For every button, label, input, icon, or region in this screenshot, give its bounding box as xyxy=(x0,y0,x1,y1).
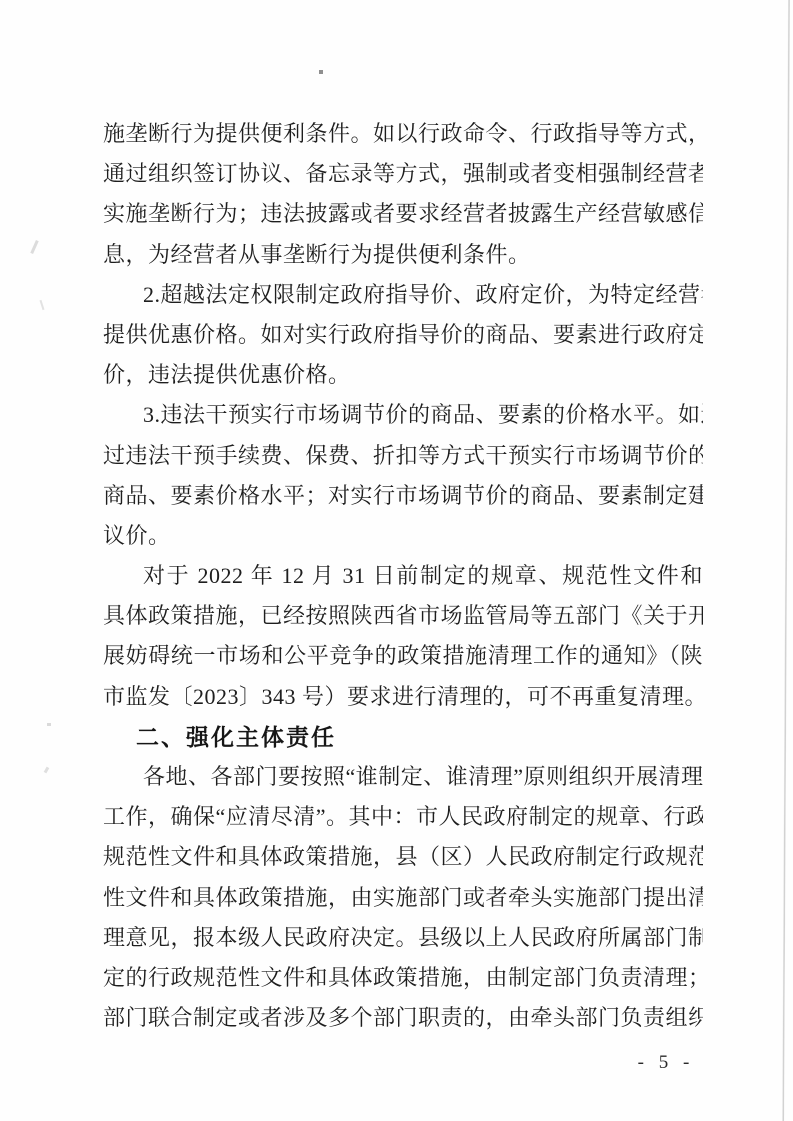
scan-speck xyxy=(44,767,50,774)
text-line: 各地、各部门要按照“谁制定、谁清理”原则组织开展清理 xyxy=(103,757,703,797)
section-heading: 二、强化主体责任 xyxy=(103,717,703,757)
scan-edge-artifact-line xyxy=(782,0,790,1121)
text-line: 过违法干预手续费、保费、折扣等方式干预实行市场调节价的 xyxy=(103,436,703,476)
scan-speck xyxy=(40,300,45,310)
scan-speck xyxy=(47,723,51,726)
text-line: 提供优惠价格。如对实行政府指导价的商品、要素进行政府定 xyxy=(103,315,703,355)
scan-speck xyxy=(319,70,323,74)
text-line: 性文件和具体政策措施，由实施部门或者牵头实施部门提出清 xyxy=(103,878,703,918)
text-line: 价，违法提供优惠价格。 xyxy=(103,355,703,395)
text-line: 规范性文件和具体政策措施，县（区）人民政府制定行政规范 xyxy=(103,837,703,877)
text-line: 对于 2022 年 12 月 31 日前制定的规章、规范性文件和 xyxy=(103,556,703,596)
text-line: 3.违法干预实行市场调节价的商品、要素的价格水平。如通 xyxy=(103,395,703,435)
text-line: 施垄断行为提供便利条件。如以行政命令、行政指导等方式， xyxy=(103,114,703,154)
text-line: 商品、要素价格水平；对实行市场调节价的商品、要素制定建 xyxy=(103,476,703,516)
text-line: 理意见，报本级人民政府决定。县级以上人民政府所属部门制 xyxy=(103,918,703,958)
text-line: 2.超越法定权限制定政府指导价、政府定价，为特定经营者 xyxy=(103,275,703,315)
text-line: 市监发〔2023〕343 号）要求进行清理的，可不再重复清理。 xyxy=(103,677,703,717)
page-number: - 5 - xyxy=(626,1049,706,1077)
text-line: 定的行政规范性文件和具体政策措施，由制定部门负责清理； xyxy=(103,958,703,998)
text-line: 工作，确保“应清尽清”。其中：市人民政府制定的规章、行政 xyxy=(103,797,703,837)
text-line: 展妨碍统一市场和公平竞争的政策措施清理工作的通知》（陕 xyxy=(103,636,703,676)
text-line: 具体政策措施，已经按照陕西省市场监管局等五部门《关于开 xyxy=(103,596,703,636)
text-line: 息，为经营者从事垄断行为提供便利条件。 xyxy=(103,235,703,275)
document-text-block: 施垄断行为提供便利条件。如以行政命令、行政指导等方式， 通过组织签订协议、备忘录… xyxy=(103,114,703,1038)
text-line: 部门联合制定或者涉及多个部门职责的，由牵头部门负责组织 xyxy=(103,998,703,1038)
text-line: 通过组织签订协议、备忘录等方式，强制或者变相强制经营者 xyxy=(103,154,703,194)
scan-speck xyxy=(30,240,38,254)
text-line: 实施垄断行为；违法披露或者要求经营者披露生产经营敏感信 xyxy=(103,194,703,234)
scanned-document-page: 施垄断行为提供便利条件。如以行政命令、行政指导等方式， 通过组织签订协议、备忘录… xyxy=(0,0,793,1121)
text-line: 议价。 xyxy=(103,516,703,556)
